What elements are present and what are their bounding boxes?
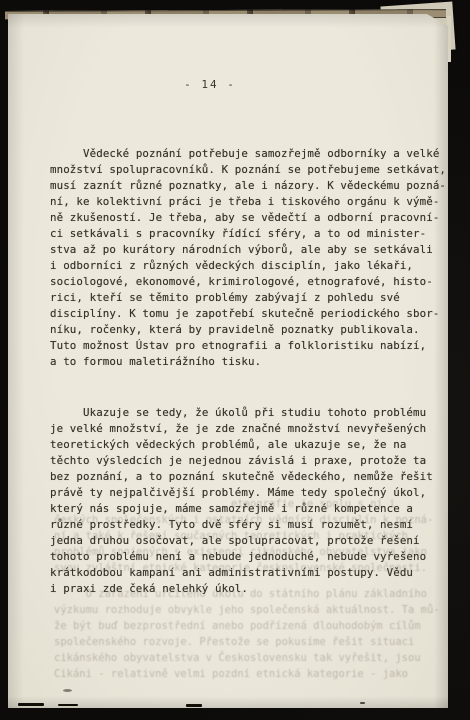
page-number: - 14 -: [32, 78, 388, 91]
bottom-edge-mark: [18, 703, 44, 706]
bottom-edge-mark: [360, 702, 365, 704]
bottom-edge-mark: [186, 704, 202, 707]
bottom-edge-mark: [58, 704, 78, 706]
scanner-background: - 14 - Vědecké poznání potřebuje samozře…: [0, 0, 470, 720]
body-paragraph-2: Ukazuje se tedy, že úkolů při studiu toh…: [50, 405, 448, 597]
document-body: Vědecké poznání potřebuje samozřejmě odb…: [50, 114, 448, 629]
document-page: - 14 - Vědecké poznání potřebuje samozře…: [8, 14, 448, 708]
ink-smudge: [63, 689, 72, 692]
body-paragraph-1: Vědecké poznání potřebuje samozřejmě odb…: [50, 146, 448, 370]
